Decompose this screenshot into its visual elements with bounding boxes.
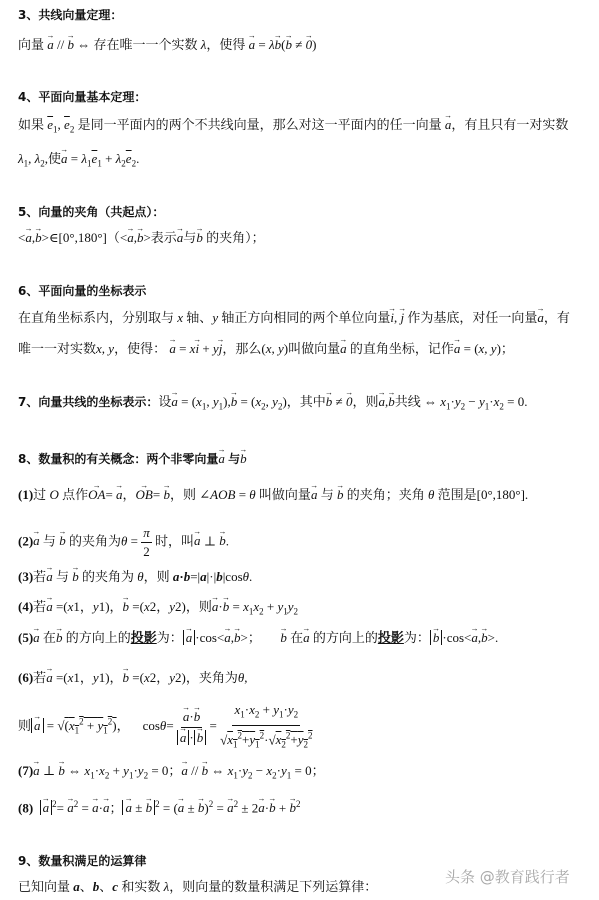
item-4: (4)若a =(x1，y1)，b =(x2，y2)，则a·b = x1x2 + …	[18, 598, 298, 621]
text: 叫做向量	[288, 341, 340, 356]
text: 的直角坐标，记作	[350, 341, 454, 356]
text: ，则	[144, 569, 170, 584]
text: 作为基底，对任一向量	[407, 310, 537, 325]
text: 若	[33, 569, 46, 584]
item-number: (7)	[18, 763, 33, 778]
item-number: (8)	[18, 800, 33, 815]
text: 轴正方向相同的两个单位向量	[221, 310, 390, 325]
section-4-line-2: λ1, λ2,使a = λ1e1 + λ2e2.	[18, 150, 139, 173]
item-number: (4)	[18, 599, 33, 614]
text: 在	[43, 630, 56, 645]
item-6: (6)若a =(x1，y1)，b =(x2，y2)，夹角为θ,	[18, 669, 248, 687]
text: ，使得：	[114, 341, 166, 356]
item-5: (5)a 在b 的方向上的投影为：a·cos<a,b>； b 在a 的方向上的投…	[18, 629, 498, 647]
item-number: (6)	[18, 670, 33, 685]
text: 和实数	[121, 879, 160, 894]
item-1: (1)过 O 点作OA= a，OB= b，则 ∠AOB = θ 叫做向量a 与 …	[18, 486, 528, 504]
section-9-heading: 9、数量积满足的运算律	[18, 852, 146, 870]
text: 为：	[404, 630, 430, 645]
text: 点作	[62, 487, 88, 502]
text: ，夹角为	[186, 670, 238, 685]
text: 在直角坐标系内，分别取与	[18, 310, 174, 325]
text: 的夹角）；	[206, 230, 265, 245]
section-7-heading: 7、向量共线的坐标表示：	[18, 395, 158, 409]
item-number: (3)	[18, 569, 33, 584]
text: 共线	[395, 394, 421, 409]
section-6-line-1: 在直角坐标系内，分别取与 x 轴、y 轴正方向相同的两个单位向量i, j 作为基…	[18, 309, 570, 327]
section-4-heading: 4、平面向量基本定理：	[18, 88, 146, 106]
section-6-heading: 6、平面向量的坐标表示	[18, 282, 146, 300]
text: 轴、	[186, 310, 212, 325]
text: 叫做向量	[259, 487, 311, 502]
text: 8、数量积的有关概念：两个非零向量	[18, 452, 218, 466]
text: 若	[33, 599, 46, 614]
text: 范围是	[438, 487, 477, 502]
text: 向量	[18, 37, 44, 52]
item-number: (1)	[18, 487, 33, 502]
text: 是同一平面内的两个不共线向量，那么对这一平面内的任一向量	[78, 117, 442, 132]
text: 的夹角；夹角	[347, 487, 425, 502]
text: 设	[158, 394, 171, 409]
fraction: a·ba·b	[177, 707, 206, 748]
section-6-line-2: 唯一一对实数x, y，使得： a = xi + yj，那么(x, y)叫做向量a…	[18, 340, 514, 358]
section-7-line: 7、向量共线的坐标表示：设a = (x1, y1),b = (x2, y2)，其…	[18, 393, 527, 416]
section-9-line: 已知向量 a、b、c 和实数 λ，则向量的数量积满足下列运算律：	[18, 878, 377, 896]
item-6-formula: 则a = √(x12 + y12)， cosθ= a·ba·b = x1·x2 …	[18, 700, 313, 755]
section-4-line-1: 如果 e1, e2 是同一平面内的两个不共线向量，那么对这一平面内的任一向量 a…	[18, 116, 568, 139]
text: ，则向量的数量积满足下列运算律：	[169, 879, 377, 894]
fraction: x1·x2 + y1·y2√x12+y12·√x22+y22	[220, 700, 312, 755]
section-3-line: 向量 a // b ⇔ 存在唯一一个实数 λ，使得 a = λb(b ≠ 0)	[18, 36, 316, 54]
section-5-line: <a,b>∈[0°,180°]（<a,b>表示a与b 的夹角）；	[18, 229, 265, 247]
section-8-heading: 8、数量积的有关概念：两个非零向量a 与b	[18, 450, 247, 468]
text: ，使得	[206, 37, 245, 52]
item-number: (2)	[18, 533, 33, 548]
text: 的夹角为	[82, 569, 134, 584]
text: ，则	[186, 599, 212, 614]
text: 在	[290, 630, 303, 645]
text: 如果	[18, 117, 44, 132]
text: 已知向量	[18, 879, 70, 894]
text: ，则	[170, 487, 196, 502]
fraction: π2	[141, 524, 152, 561]
text: 的方向上的	[313, 630, 378, 645]
text: 使	[48, 151, 61, 166]
text: 则	[18, 718, 31, 733]
text: 投影	[378, 630, 404, 645]
item-3: (3)若a 与 b 的夹角为 θ，则 a·b=|a|·|b|cosθ.	[18, 568, 252, 586]
watermark: 头条 @教育践行者	[445, 866, 570, 887]
item-7: (7)a ⊥ b ⇔ x1·x2 + y1·y2 = 0；a // b ⇔ x1…	[18, 762, 325, 785]
text: 为：	[157, 630, 183, 645]
text: ，其中	[287, 394, 326, 409]
text: ，则	[352, 394, 378, 409]
text: 若	[33, 670, 46, 685]
text: 的方向上的	[66, 630, 131, 645]
text: ，那么	[222, 341, 261, 356]
text: 存在唯一一个实数	[94, 37, 198, 52]
text: 表示	[151, 230, 177, 245]
item-number: (5)	[18, 630, 33, 645]
text: 唯一一对实数	[18, 341, 96, 356]
text: 时，叫	[155, 533, 194, 548]
text: 与	[228, 452, 240, 466]
section-5-heading: 5、向量的夹角（共起点）：	[18, 203, 164, 221]
text: 与	[183, 230, 196, 245]
item-8: (8) a2= a2 = a·a；a ± b2 = (a ± b)2 = a2 …	[18, 795, 300, 817]
text: 的夹角为	[69, 533, 121, 548]
section-3-heading: 3、共线向量定理：	[18, 6, 122, 24]
text: ，有且只有一对实数	[451, 117, 568, 132]
item-2: (2)a 与 b 的夹角为θ = π2 时，叫a ⊥ b.	[18, 524, 229, 561]
text: ，有	[544, 310, 570, 325]
text: 过	[33, 487, 46, 502]
text: 投影	[131, 630, 157, 645]
